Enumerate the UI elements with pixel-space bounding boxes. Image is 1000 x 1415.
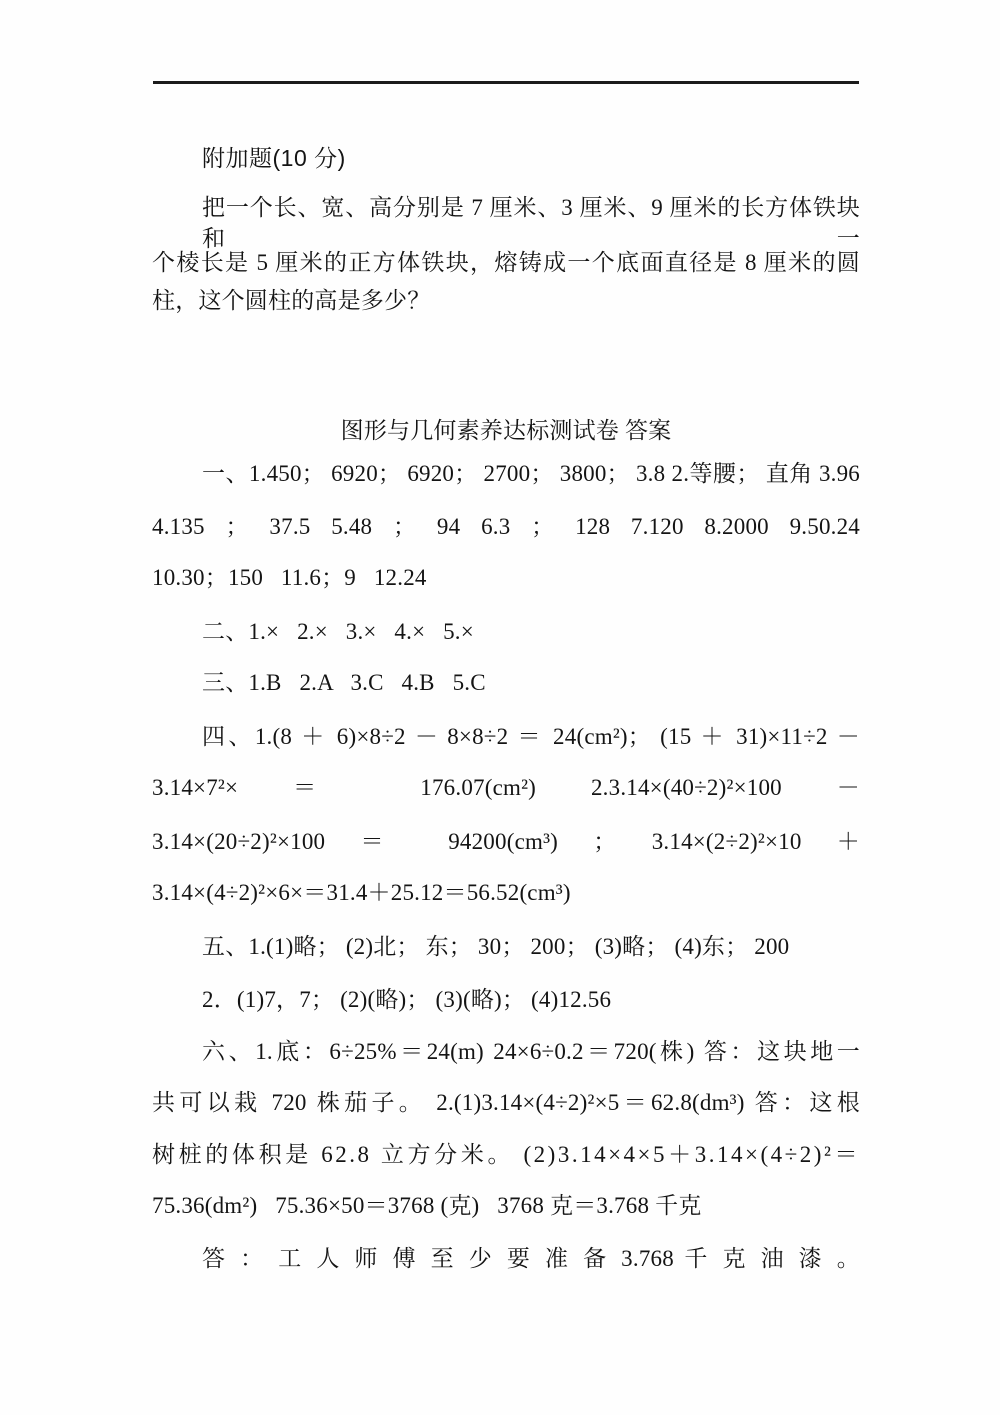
document-page: 附加题(10 分) 把一个长、宽、高分别是 7 厘米、3 厘米、9 厘米的长方体…	[0, 0, 1000, 1415]
answer-line-4: 二、1.× 2.× 3.× 4.× 5.×	[152, 616, 860, 647]
answer-line-15: 75.36(dm²) 75.36×50＝3768 (克) 3768 克＝3.76…	[152, 1190, 860, 1221]
answer-line-14: 树桩的体积是 62.8 立方分米。 (2)3.14×4×5＋3.14×(4÷2)…	[152, 1139, 860, 1170]
bonus-paragraph-line-3: 柱，这个圆柱的高是多少？	[152, 285, 860, 316]
answer-line-9: 3.14×(4÷2)²×6×＝31.4＋25.12＝56.52(cm³)	[152, 877, 860, 908]
bonus-heading: 附加题(10 分)	[152, 143, 860, 174]
answer-line-11: 2．(1)7，7； (2)(略)； (3)(略)； (4)12.56	[152, 984, 860, 1015]
answer-line-8: 3.14×(20÷2)²×100 ＝ 94200(cm³) ； 3.14×(2÷…	[152, 826, 860, 857]
answer-line-7: 3.14×7²× ＝ 176.07(cm²) 2.3.14×(40÷2)²×10…	[152, 772, 860, 803]
answer-line-1: 一、1.450； 6920； 6920； 2700； 3800； 3.8 2.等…	[152, 458, 860, 489]
answer-line-12: 六、1.底：6÷25%＝24(m) 24×6÷0.2＝720(株) 答：这块地一	[152, 1036, 860, 1067]
answer-line-13: 共可以栽 720 株茄子。 2.(1)3.14×(4÷2)²×5＝62.8(dm…	[152, 1087, 860, 1118]
answers-title: 图形与几何素养达标测试卷 答案	[152, 415, 860, 446]
answer-line-6: 四、1.(8 ＋ 6)×8÷2 － 8×8÷2 ＝ 24(cm²)； (15 ＋…	[152, 721, 860, 752]
bonus-paragraph-line-1: 把一个长、宽、高分别是 7 厘米、3 厘米、9 厘米的长方体铁块和一	[152, 192, 860, 254]
answer-line-3: 10.30；150 11.6；9 12.24	[152, 562, 860, 593]
answer-line-10: 五、1.(1)略； (2)北； 东； 30； 200； (3)略； (4)东； …	[152, 931, 860, 962]
answer-line-5: 三、1.B 2.A 3.C 4.B 5.C	[152, 667, 860, 698]
answer-line-2: 4.135 ； 37.5 5.48 ； 94 6.3 ； 128 7.120 8…	[152, 511, 860, 542]
top-divider-line	[153, 81, 859, 84]
bonus-paragraph-line-2: 个棱长是 5 厘米的正方体铁块，熔铸成一个底面直径是 8 厘米的圆	[152, 247, 860, 278]
answer-line-16: 答 ： 工 人 师 傅 至 少 要 准 备 3.768 千 克 油 漆 。	[152, 1243, 860, 1274]
